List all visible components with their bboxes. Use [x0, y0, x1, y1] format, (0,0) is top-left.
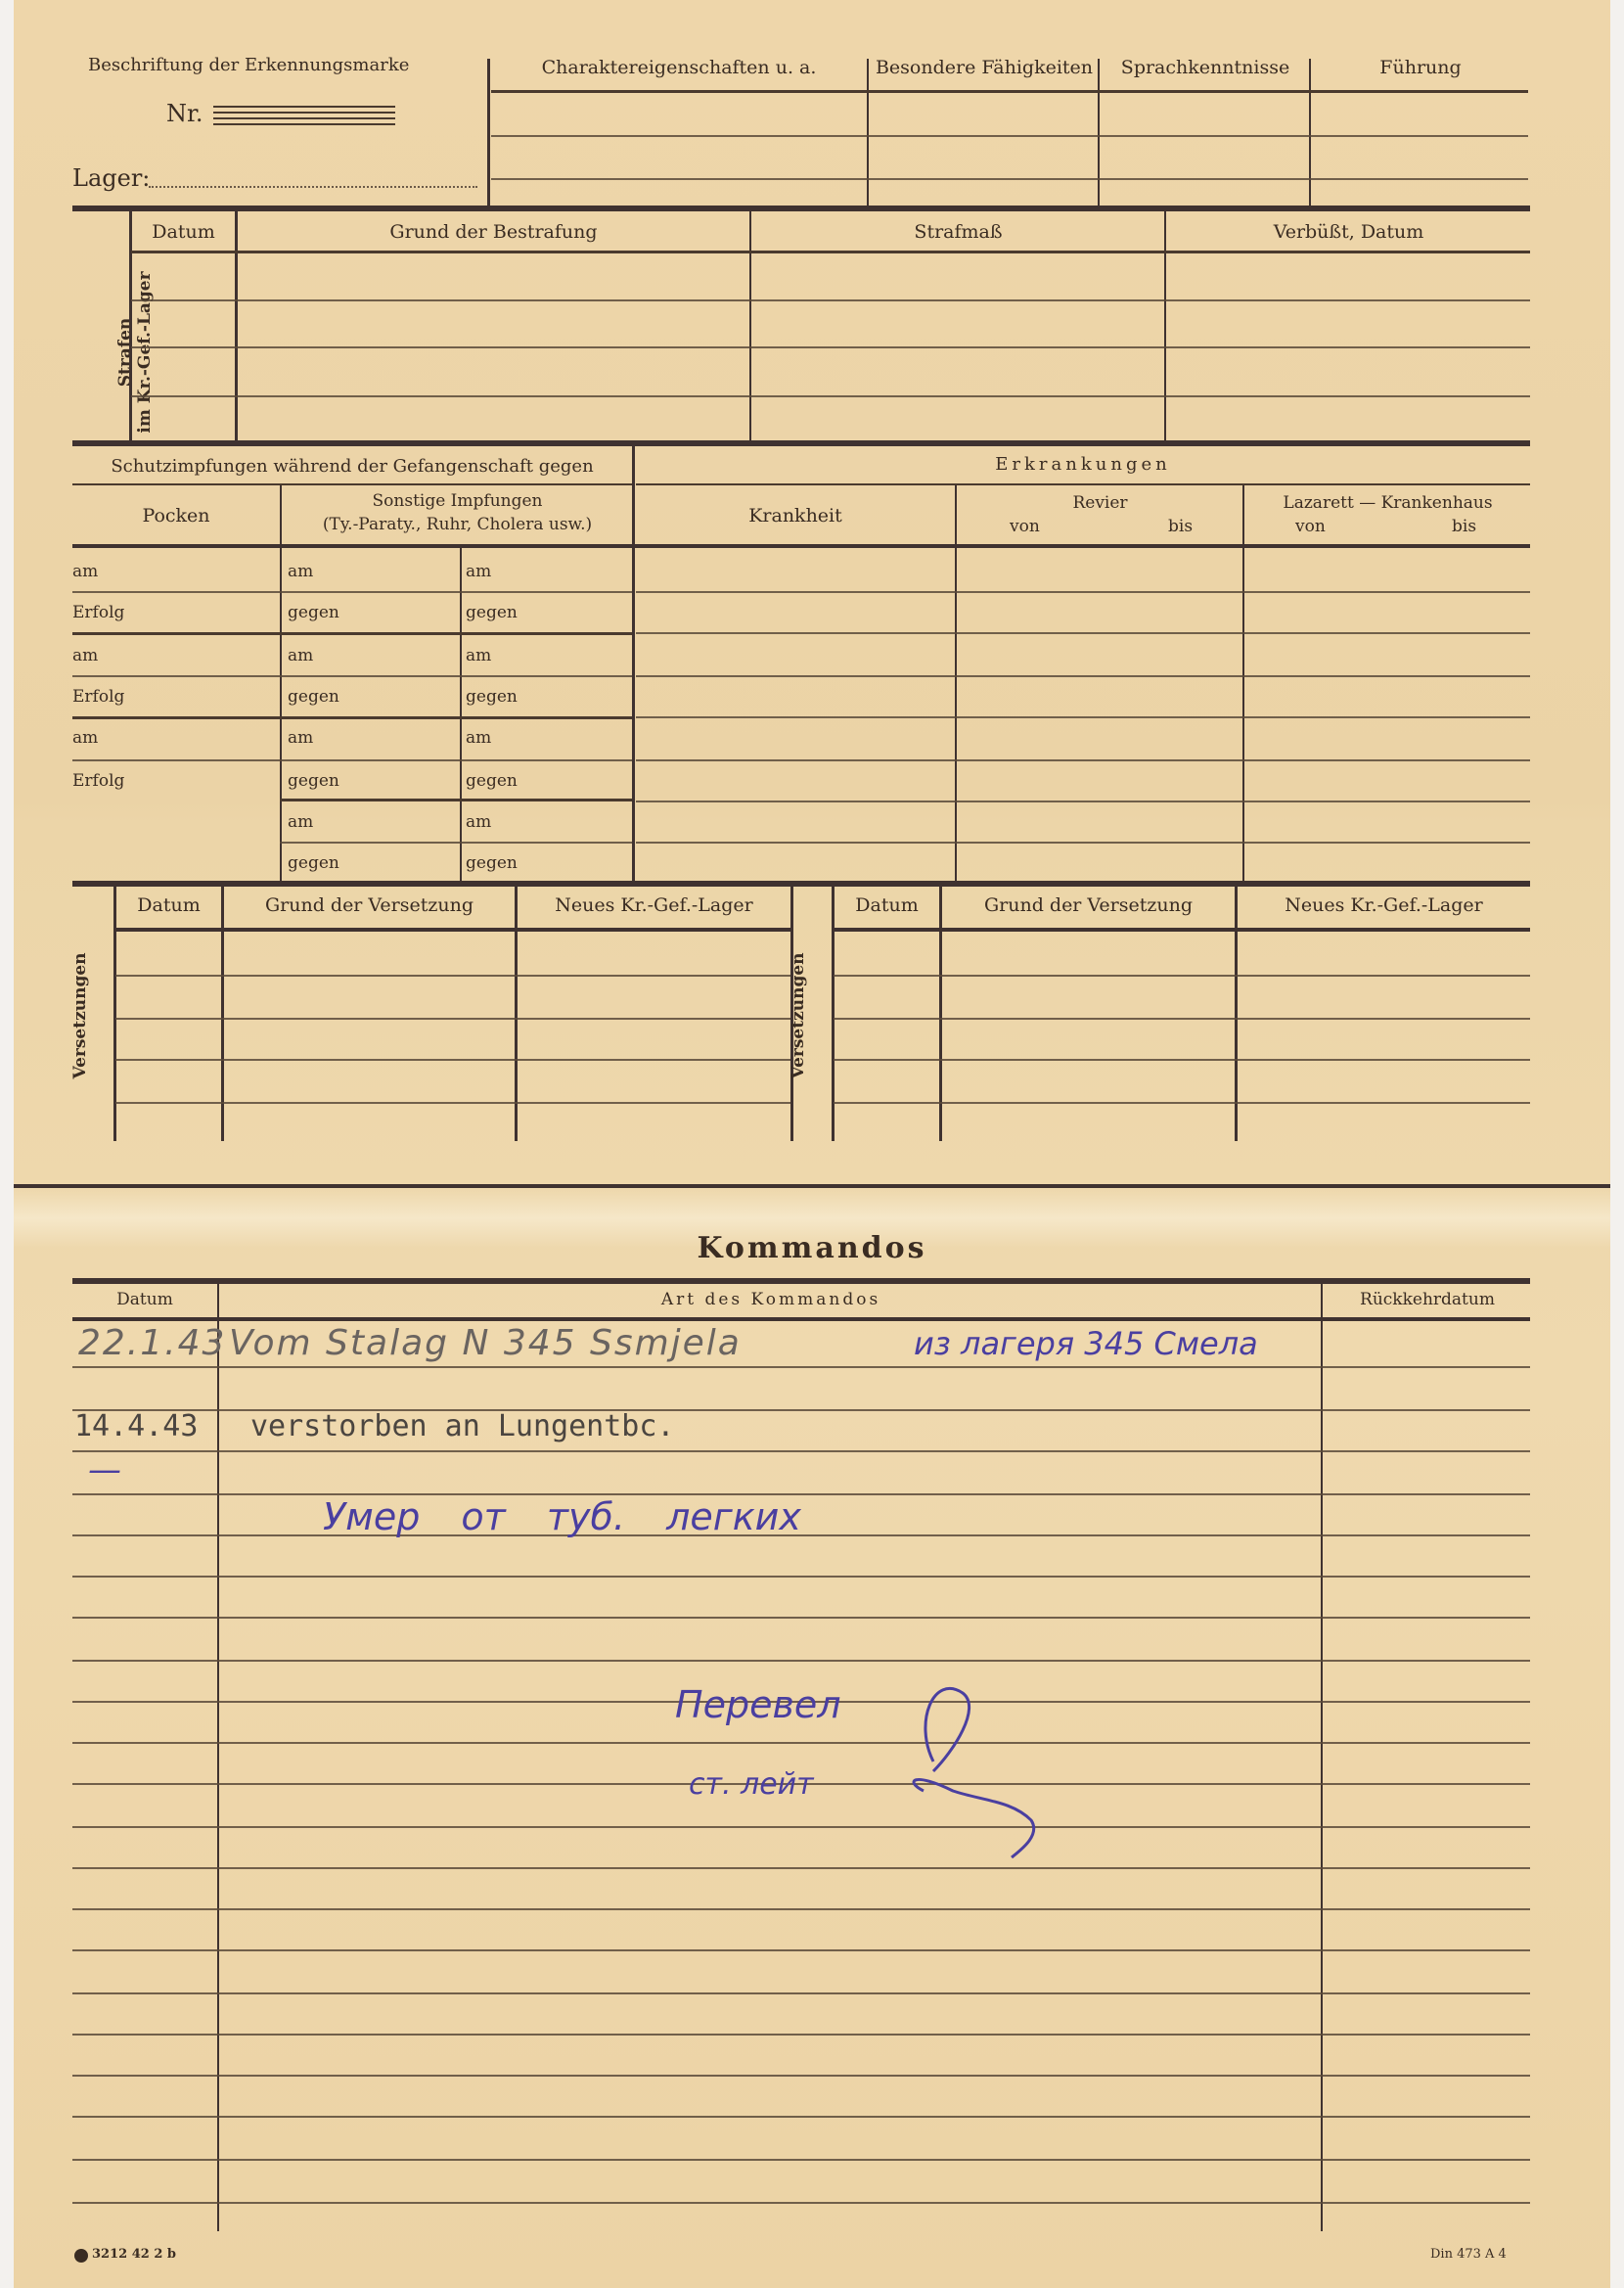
- rule: [72, 716, 632, 719]
- divider: [1321, 1284, 1323, 2231]
- revier-von: von: [1010, 517, 1040, 536]
- rule: [280, 799, 632, 801]
- col-revier: Revier: [958, 493, 1242, 513]
- rule: [72, 759, 280, 761]
- rule: [72, 1660, 1530, 1662]
- signature-flourish-icon: [875, 1664, 1070, 1859]
- rule: [636, 801, 1530, 802]
- rule: [72, 483, 632, 485]
- vacc-cell: Erfolg: [72, 771, 124, 791]
- vacc-cell: gegen: [288, 687, 339, 707]
- divider: [1164, 211, 1166, 440]
- punishments-side-label: Strafen im Kr.-Gef.-Lager: [115, 254, 155, 450]
- rule: [72, 1992, 1530, 1994]
- print-code: 3212 42 2 b: [92, 2247, 176, 2262]
- rule: [72, 2116, 1530, 2118]
- rule: [636, 842, 1530, 844]
- col-pocken: Pocken: [72, 505, 280, 526]
- rule: [72, 1867, 1530, 1869]
- printer-mark-icon: [74, 2249, 88, 2263]
- col-lager-left: Neues Kr.-Gef.-Lager: [518, 894, 790, 916]
- rule: [72, 1742, 1530, 1744]
- rule: [72, 632, 632, 635]
- col-grund-right: Grund der Versetzung: [942, 894, 1235, 916]
- entry-annotation: из лагеря 345 Смела: [914, 1325, 1258, 1362]
- rule: [834, 1102, 1530, 1104]
- lager-field[interactable]: [149, 186, 477, 188]
- lager-label: Lager:: [72, 164, 150, 192]
- col-sonstige: Sonstige Impfungen: [283, 491, 632, 511]
- vacc-cell: gegen: [288, 603, 339, 622]
- side-label-line2: im Kr.-Gef.-Lager: [135, 271, 155, 433]
- rule: [636, 759, 1530, 761]
- lazarett-von: von: [1295, 517, 1326, 536]
- rule: [72, 1534, 1530, 1536]
- vacc-cell: am: [72, 562, 98, 581]
- vacc-cell: gegen: [466, 771, 518, 791]
- rule: [636, 591, 1530, 593]
- col-datum: Datum: [132, 221, 235, 243]
- nr-label: Nr.: [166, 100, 203, 127]
- nr-lines: [213, 106, 395, 127]
- col-strafmass: Strafmaß: [752, 221, 1164, 243]
- vacc-cell: gegen: [466, 853, 518, 873]
- rule: [834, 975, 1530, 977]
- col-krankheit: Krankheit: [636, 505, 955, 526]
- vacc-cell: gegen: [288, 853, 339, 873]
- vacc-cell: am: [72, 646, 98, 665]
- col-datum: Datum: [72, 1290, 217, 1309]
- lazarett-bis: bis: [1452, 517, 1476, 536]
- col-grund-left: Grund der Versetzung: [224, 894, 515, 916]
- vacc-cell: am: [466, 812, 491, 832]
- vacc-cell: am: [288, 646, 313, 665]
- entry-date: —: [88, 1450, 121, 1489]
- vacc-cell: am: [72, 728, 98, 748]
- col-verbuesst: Verbüßt, Datum: [1167, 221, 1530, 243]
- col-abilities: Besondere Fähigkeiten: [871, 57, 1098, 78]
- rule: [72, 1366, 1530, 1368]
- col-lazarett: Lazarett — Krankenhaus: [1245, 493, 1530, 513]
- side-label-line1: Strafen: [115, 318, 135, 388]
- rule: [115, 1102, 790, 1104]
- col-datum-right: Datum: [835, 894, 939, 916]
- rule: [115, 975, 790, 977]
- rule: [72, 1450, 1530, 1452]
- divider: [235, 211, 238, 440]
- vaccinations-header: Schutzimpfungen während der Gefangenscha…: [72, 456, 632, 477]
- divider: [749, 211, 751, 440]
- rule: [72, 2034, 1530, 2036]
- col-lager-right: Neues Kr.-Gef.-Lager: [1238, 894, 1530, 916]
- rule: [72, 440, 1530, 446]
- kommandos-title: Kommandos: [14, 1231, 1610, 1265]
- divider: [217, 1284, 219, 2231]
- fold-rule: [14, 1184, 1610, 1188]
- illnesses-header: Erkrankungen: [636, 454, 1530, 475]
- rule: [636, 716, 1530, 718]
- col-datum-left: Datum: [116, 894, 221, 916]
- id-tag-header: Beschriftung der Erkennungsmarke: [88, 55, 409, 75]
- divider: [129, 211, 132, 440]
- din-code: Din 473 A 4: [1430, 2247, 1507, 2262]
- rule: [72, 1278, 1530, 1284]
- rule: [491, 135, 1528, 137]
- signature-line1: Перевел: [675, 1683, 841, 1726]
- vacc-cell: am: [288, 562, 313, 581]
- rule: [72, 1576, 1530, 1578]
- rule: [72, 2202, 1530, 2204]
- rule: [72, 675, 632, 677]
- col-languages: Sprachkenntnisse: [1102, 57, 1309, 78]
- vacc-cell: Erfolg: [72, 687, 124, 707]
- vacc-cell: am: [288, 728, 313, 748]
- rule: [834, 928, 1530, 932]
- divider: [1242, 485, 1244, 881]
- col-rueckkehr: Rückkehrdatum: [1325, 1290, 1530, 1309]
- rule: [72, 1908, 1530, 1910]
- divider: [1309, 59, 1311, 206]
- document-page: Beschriftung der Erkennungsmarke Nr. Lag…: [14, 0, 1610, 2288]
- rule: [72, 544, 1530, 548]
- vacc-cell: am: [466, 562, 491, 581]
- entry-text: verstorben an Lungentbc.: [250, 1409, 674, 1443]
- entry-date: 14.4.43: [74, 1409, 198, 1443]
- vacc-cell: am: [466, 728, 491, 748]
- entry-date: 22.1.43: [78, 1323, 226, 1363]
- rule: [72, 591, 632, 593]
- vacc-cell: am: [466, 646, 491, 665]
- rule: [72, 1317, 1530, 1321]
- rule: [131, 299, 1530, 301]
- revier-bis: bis: [1168, 517, 1193, 536]
- col-grund: Grund der Bestrafung: [238, 221, 749, 243]
- transfers-side-label-left: Versetzungen: [70, 938, 90, 1094]
- divider: [955, 485, 957, 881]
- vacc-cell: gegen: [288, 771, 339, 791]
- rule: [72, 206, 1530, 211]
- vacc-cell: gegen: [466, 687, 518, 707]
- divider: [867, 59, 869, 206]
- transfers-side-label-right: Versetzungen: [789, 938, 808, 1094]
- vacc-cell: Erfolg: [72, 603, 124, 622]
- rule: [834, 1018, 1530, 1020]
- vacc-cell: am: [288, 812, 313, 832]
- rule: [72, 1493, 1530, 1495]
- rule: [72, 881, 1530, 887]
- rule: [491, 90, 1528, 93]
- col-conduct: Führung: [1313, 57, 1528, 78]
- entry-text: Vom Stalag N 345 Ssmjela: [229, 1323, 742, 1363]
- rule: [72, 2159, 1530, 2161]
- col-sonstige-sub: (Ty.-Paraty., Ruhr, Cholera usw.): [283, 515, 632, 534]
- rule: [280, 842, 632, 844]
- divider: [460, 548, 462, 881]
- rule: [131, 251, 1530, 253]
- rule: [115, 1018, 790, 1020]
- rule: [636, 483, 1530, 485]
- rule: [72, 2075, 1530, 2077]
- rule: [72, 1949, 1530, 1951]
- rule: [636, 675, 1530, 677]
- divider: [632, 446, 635, 881]
- rule: [280, 759, 632, 761]
- vacc-cell: gegen: [466, 603, 518, 622]
- col-art: Art des Kommandos: [221, 1290, 1321, 1309]
- divider: [487, 59, 490, 206]
- entry-text: Умер от туб. легких: [323, 1495, 801, 1538]
- rule: [834, 1059, 1530, 1061]
- rule: [491, 178, 1528, 180]
- rule: [72, 1617, 1530, 1619]
- rule: [115, 928, 790, 932]
- rule: [636, 632, 1530, 634]
- col-character: Charaktereigenschaften u. a.: [491, 57, 867, 78]
- rule: [131, 346, 1530, 348]
- signature-line2: ст. лейт: [689, 1767, 814, 1802]
- rule: [72, 1826, 1530, 1828]
- rule: [131, 395, 1530, 397]
- divider: [1098, 59, 1100, 206]
- rule: [115, 1059, 790, 1061]
